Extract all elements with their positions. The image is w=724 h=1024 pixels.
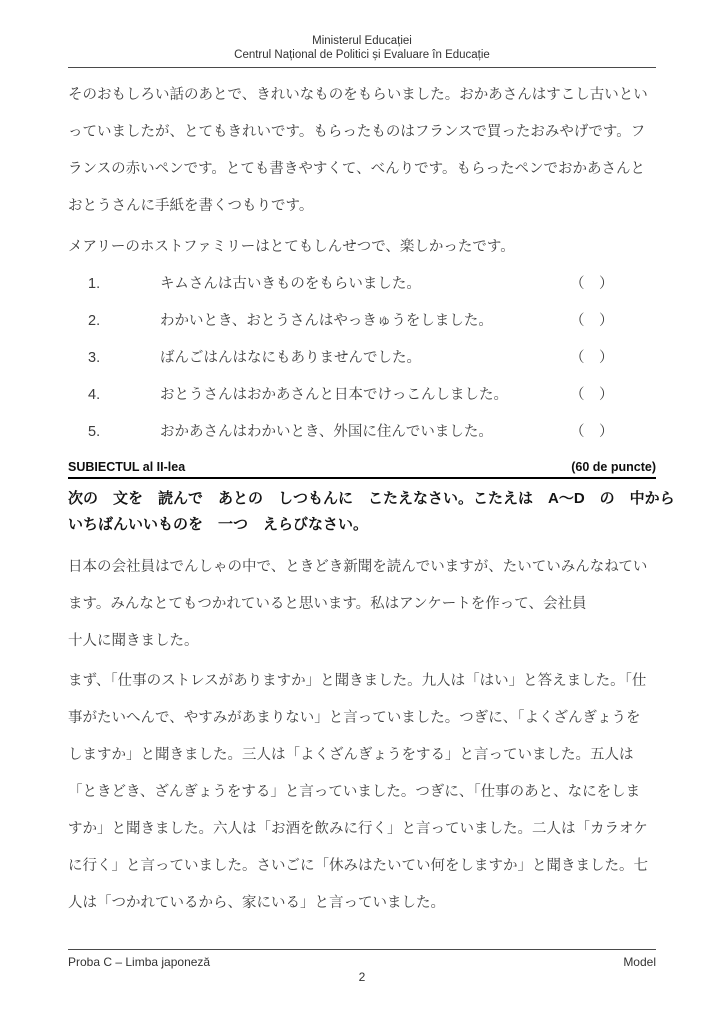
section-2-paragraph-2: まず、「仕事のストレスがありますか」と聞きました。九人は「はい」と答えました。「… [68, 663, 656, 922]
answer-parentheses: （ ） [570, 340, 614, 377]
statement-number: 4. [88, 377, 160, 414]
section-2-heading: SUBIECTUL al II-lea (60 de puncte) [68, 459, 656, 479]
true-false-row: 2.わかいとき、おとうさんはやっきゅうをしました。（ ） [68, 303, 656, 340]
text-line: ランスの赤いペンです。とても書きやすくて、べんりです。もらったペンでおかあさんと [68, 151, 656, 188]
text-line: まず、「仕事のストレスがありますか」と聞きました。九人は「はい」と答えました。「… [68, 663, 656, 700]
section-2-instructions: 次の 文を 読んで あとの しつもんに こたえなさい。こたえは A～D の 中か… [68, 486, 656, 538]
true-false-row: 5.おかあさんはわかいとき、外国に住んでいました。（ ） [68, 414, 656, 451]
text-line: そのおもしろい話のあとで、きれいなものをもらいました。おかあさんはすこし古いとい [68, 77, 656, 114]
text-line: っていましたが、とてもきれいです。もらったものはフランスで買ったおみやげです。フ [68, 114, 656, 151]
reading-paragraph-2: メアリーのホストファミリーはとてもしんせつで、楽しかったです。 [68, 229, 656, 266]
statement-number: 5. [88, 414, 160, 451]
text-line: 人は「つかれているから、家にいる」と言っていました。 [68, 885, 656, 922]
text-line: 次の 文を 読んで あとの しつもんに こたえなさい。こたえは A～D の 中か… [68, 486, 656, 512]
text-line: メアリーのホストファミリーはとてもしんせつで、楽しかったです。 [68, 229, 656, 266]
statement-text: キムさんは古いきものをもらいました。 [160, 276, 421, 292]
true-false-list: 1.キムさんは古いきものをもらいました。（ ）2.わかいとき、おとうさんはやっき… [68, 266, 656, 451]
statement-text: おかあさんはわかいとき、外国に住んでいました。 [160, 424, 493, 440]
footer-row: Proba C – Limba japoneză Model [68, 955, 656, 969]
true-false-row: 3.ばんごはんはなにもありませんでした。（ ） [68, 340, 656, 377]
text-line: しますか」と聞きました。三人は「よくざんぎょうをする」と言っていました。五人は [68, 737, 656, 774]
document-footer: Proba C – Limba japoneză Model 2 [68, 949, 656, 985]
ministry-name: Ministerul Educației [68, 34, 656, 48]
exam-document-page: Ministerul Educației Centrul Național de… [0, 0, 724, 1024]
true-false-row: 4.おとうさんはおかあさんと日本でけっこんしました。（ ） [68, 377, 656, 414]
answer-parentheses: （ ） [570, 303, 614, 340]
text-line: 十人に聞きました。 [68, 623, 656, 660]
statement-number: 3. [88, 340, 160, 377]
text-line: 事がたいへんで、やすみがあまりない」と言っていました。つぎに、「よくざんぎょうを [68, 700, 656, 737]
answer-parentheses: （ ） [570, 377, 614, 414]
text-line: すか」と聞きました。六人は「お酒を飲みに行く」と言っていました。二人は「カラオケ [68, 811, 656, 848]
text-line: ます。みんなとてもつかれていると思います。私はアンケートを作って、会社員 [68, 586, 656, 623]
answer-parentheses: （ ） [570, 266, 614, 303]
page-number: 2 [68, 969, 656, 985]
statement-text: おとうさんはおかあさんと日本でけっこんしました。 [160, 387, 508, 403]
section-2-title: SUBIECTUL al II-lea [68, 459, 185, 475]
answer-parentheses: （ ） [570, 414, 614, 451]
reading-paragraph-1: そのおもしろい話のあとで、きれいなものをもらいました。おかあさんはすこし古いとい… [68, 77, 656, 225]
statement-text: わかいとき、おとうさんはやっきゅうをしました。 [160, 313, 493, 329]
text-line: 日本の会社員はでんしゃの中で、ときどき新聞を読んでいますが、たいていみんなねてい [68, 549, 656, 586]
document-header: Ministerul Educației Centrul Național de… [68, 0, 656, 68]
national-center-name: Centrul Național de Politici și Evaluare… [68, 48, 656, 62]
true-false-row: 1.キムさんは古いきものをもらいました。（ ） [68, 266, 656, 303]
statement-number: 2. [88, 303, 160, 340]
text-line: 「ときどき、ざんぎょうをする」と言っていました。つぎに、「仕事のあと、なにをしま [68, 774, 656, 811]
text-line: に行く」と言っていました。さいごに「休みはたいてい何をしますか」と聞きました。七 [68, 848, 656, 885]
text-line: おとうさんに手紙を書くつもりです。 [68, 188, 656, 225]
exam-subject-label: Proba C – Limba japoneză [68, 955, 210, 969]
statement-number: 1. [88, 266, 160, 303]
section-2-points: (60 de puncte) [571, 459, 656, 475]
statement-text: ばんごはんはなにもありませんでした。 [160, 350, 421, 366]
document-body: そのおもしろい話のあとで、きれいなものをもらいました。おかあさんはすこし古いとい… [68, 68, 656, 922]
text-line: いちばんいいものを 一つ えらびなさい。 [68, 512, 656, 538]
exam-version-label: Model [623, 955, 656, 969]
section-2-paragraph-1: 日本の会社員はでんしゃの中で、ときどき新聞を読んでいますが、たいていみんなねてい… [68, 549, 656, 660]
